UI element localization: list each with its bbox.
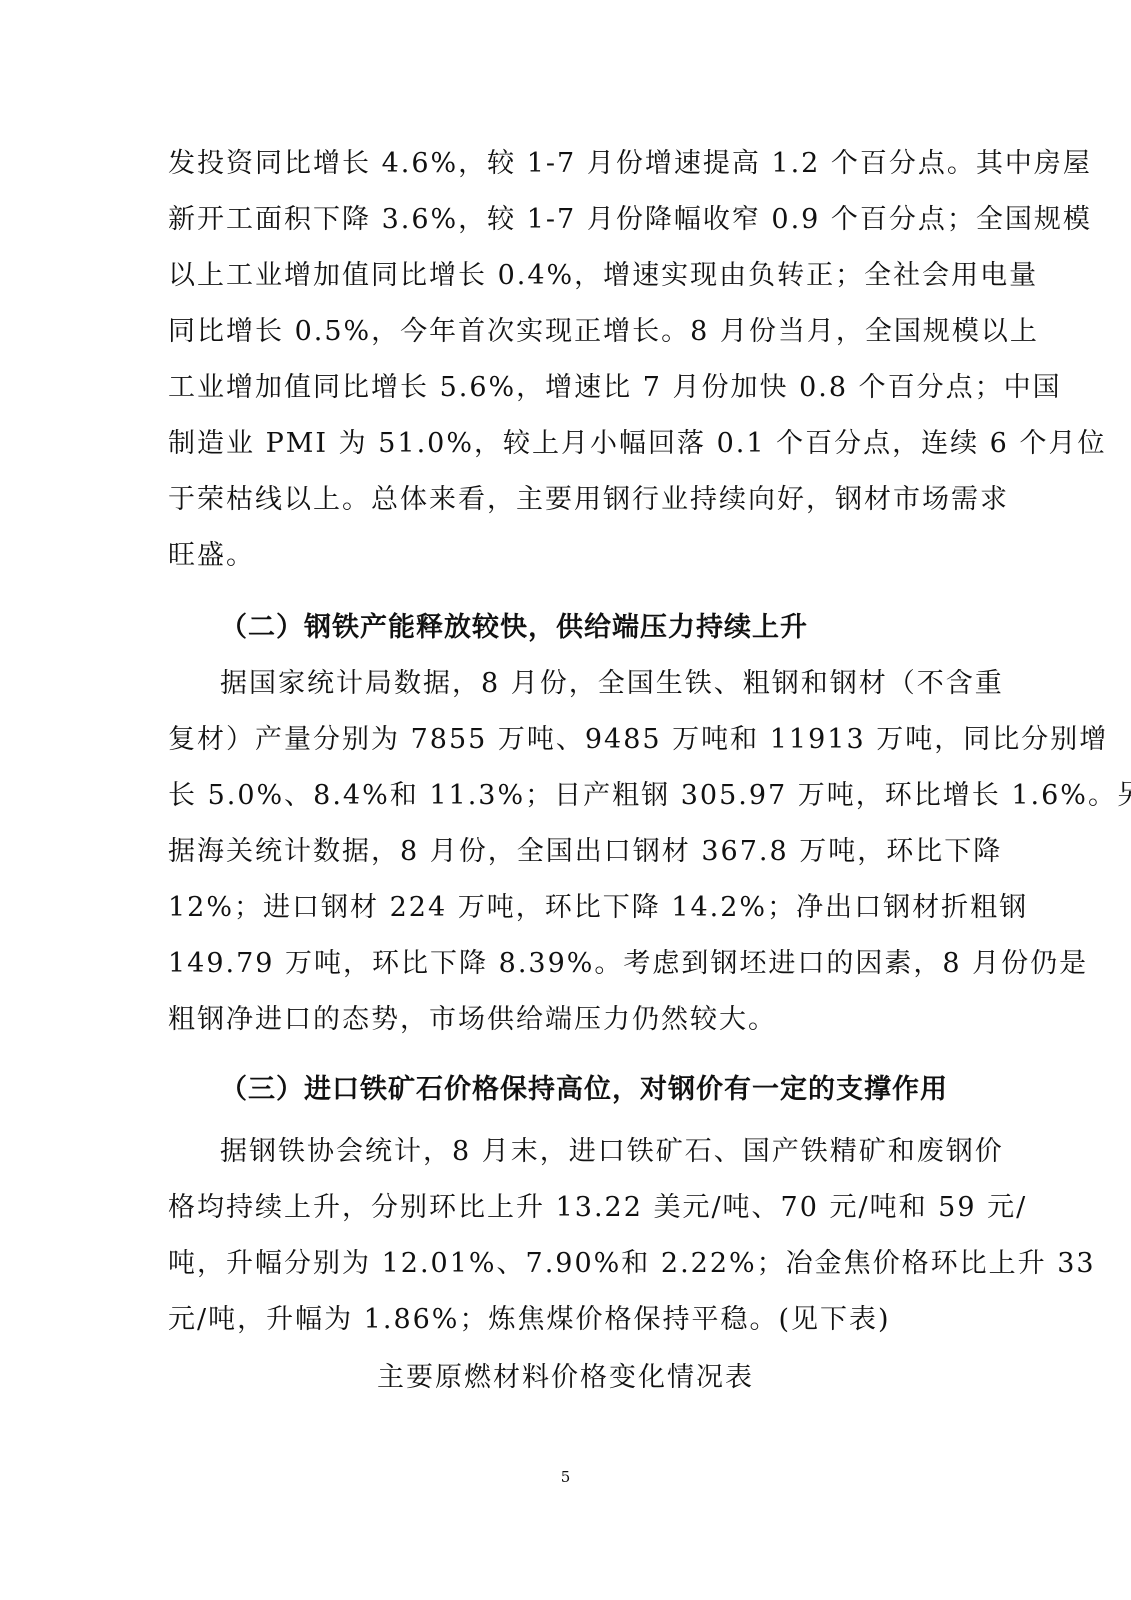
paragraph-line: 长 5.0%、8.4%和 11.3%；日产粗钢 305.97 万吨，环比增长 1… bbox=[168, 778, 1131, 814]
paragraph-line: 同比增长 0.5%，今年首次实现正增长。8 月份当月，全国规模以上 bbox=[168, 314, 1039, 350]
document-page: 发投资同比增长 4.6%，较 1-7 月份增速提高 1.2 个百分点。其中房屋 … bbox=[0, 0, 1131, 1600]
paragraph-line: 以上工业增加值同比增长 0.4%，增速实现由负转正；全社会用电量 bbox=[168, 258, 1038, 294]
paragraph-line: 复材）产量分别为 7855 万吨、9485 万吨和 11913 万吨，同比分别增 bbox=[168, 722, 1108, 758]
paragraph-line: 发投资同比增长 4.6%，较 1-7 月份增速提高 1.2 个百分点。其中房屋 bbox=[168, 146, 1092, 182]
page-number: 5 bbox=[0, 1468, 1131, 1486]
paragraph-line: 新开工面积下降 3.6%，较 1-7 月份降幅收窄 0.9 个百分点；全国规模 bbox=[168, 202, 1092, 238]
paragraph-line: 12%；进口钢材 224 万吨，环比下降 14.2%；净出口钢材折粗钢 bbox=[168, 890, 1028, 926]
paragraph-line: 吨，升幅分别为 12.01%、7.90%和 2.22%；冶金焦价格环比上升 33 bbox=[168, 1246, 1096, 1282]
section-heading-2: （二）钢铁产能释放较快，供给端压力持续上升 bbox=[220, 610, 808, 646]
paragraph-line: 格均持续上升，分别环比上升 13.22 美元/吨、70 元/吨和 59 元/ bbox=[168, 1190, 1027, 1226]
paragraph-line: 149.79 万吨，环比下降 8.39%。考虑到钢坯进口的因素，8 月份仍是 bbox=[168, 946, 1088, 982]
paragraph-line: 元/吨，升幅为 1.86%；炼焦煤价格保持平稳。(见下表) bbox=[168, 1302, 891, 1338]
paragraph-line: 据国家统计局数据，8 月份，全国生铁、粗钢和钢材（不含重 bbox=[220, 666, 1004, 702]
paragraph-line: 于荣枯线以上。总体来看，主要用钢行业持续向好，钢材市场需求 bbox=[168, 482, 1009, 518]
paragraph-line: 旺盛。 bbox=[168, 538, 255, 574]
paragraph-line: 工业增加值同比增长 5.6%，增速比 7 月份加快 0.8 个百分点；中国 bbox=[168, 370, 1062, 406]
section-heading-3: （三）进口铁矿石价格保持高位，对钢价有一定的支撑作用 bbox=[220, 1072, 948, 1108]
paragraph-line: 粗钢净进口的态势，市场供给端压力仍然较大。 bbox=[168, 1002, 777, 1038]
paragraph-line: 据海关统计数据，8 月份，全国出口钢材 367.8 万吨，环比下降 bbox=[168, 834, 1002, 870]
paragraph-line: 制造业 PMI 为 51.0%，较上月小幅回落 0.1 个百分点，连续 6 个月… bbox=[168, 426, 1106, 462]
paragraph-line: 据钢铁协会统计，8 月末，进口铁矿石、国产铁精矿和废钢价 bbox=[220, 1134, 1004, 1170]
table-caption: 主要原燃材料价格变化情况表 bbox=[0, 1360, 1131, 1396]
